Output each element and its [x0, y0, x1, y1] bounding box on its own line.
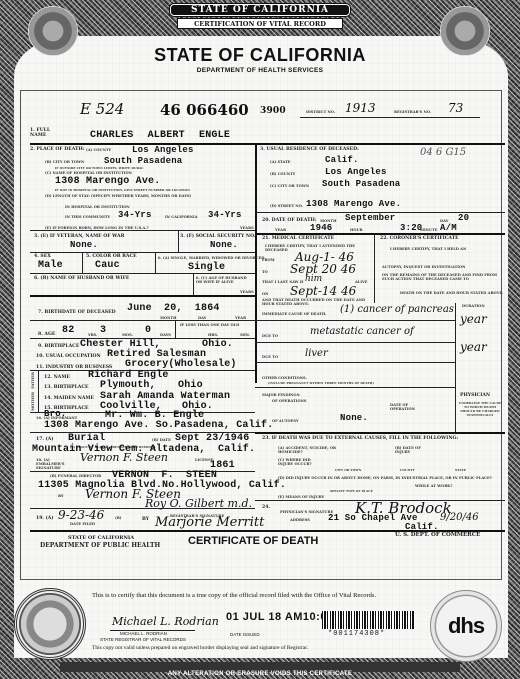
immediate-cause-value: (1) cancer of pancreas: [340, 305, 455, 315]
state-registrar-title: STATE REGISTRAR OF VITAL RECORDS: [100, 637, 186, 642]
age-years-label: YRS.: [88, 333, 97, 337]
autopsy-value: None.: [340, 413, 368, 423]
age-hrs-label: HRS.: [208, 333, 218, 337]
pod-community-value: 34-Yrs: [118, 210, 152, 220]
form-title: CERTIFICATE OF DEATH: [188, 535, 318, 547]
funeral-director-label: (B) FUNERAL DIRECTOR: [50, 474, 101, 478]
dod-day-value: 20: [458, 213, 469, 223]
page-title: STATE OF CALIFORNIA: [0, 45, 520, 66]
embalmer-signature: Vernon F. Steen: [80, 451, 168, 464]
dod-year-value: 1946: [310, 223, 332, 233]
medical-to-value: Sept 20 46: [290, 262, 356, 276]
filed-date-label: DATE FILED: [70, 522, 95, 526]
external-work-label: WHILE AT WORK?: [415, 484, 453, 488]
duration-label: DURATION: [462, 304, 485, 308]
dhs-seal: dhs: [430, 590, 502, 662]
filed-by-signature: Marjorie Merritt: [155, 515, 264, 530]
registrar-signature: Roy O. Gilbert m.d.: [145, 497, 252, 510]
pod-city-label: (B) CITY OR TOWN: [45, 160, 84, 164]
coroner-text3: ON THE REMAINS OF THE DECEASED AND FIND …: [382, 273, 502, 281]
other-conditions-label: OTHER CONDITIONS.: [262, 376, 307, 380]
alteration-warning: ANY ALTERATION OR ERASURE VOIDS THIS CER…: [168, 671, 352, 677]
pod-community-label: IN THIS COMMUNITY: [65, 215, 110, 219]
birthplace-state: Ohio.: [202, 339, 233, 350]
marital-label: 6. (A) SINGLE, MARRIED, WIDOWED OR DIVOR…: [158, 256, 264, 260]
pod-county-value: Los Angeles: [132, 145, 194, 155]
age-days-value: 0: [145, 325, 151, 336]
external-b-label: (B) DATE OF INJURY: [395, 446, 435, 454]
certification-statement: This is to certify that this document is…: [92, 592, 412, 600]
physician-box-label: PHYSICIAN: [460, 393, 490, 398]
form-dept-line2: DEPARTMENT OF PUBLIC HEALTH: [40, 542, 160, 549]
external-d-label: (D) DID INJURY OCCUR IN OR ABOUT HOME, O…: [278, 476, 500, 480]
father-name-label: 12. NAME: [44, 375, 70, 380]
due-to-value-1: metastatic cancer of: [310, 326, 414, 337]
registrar-number: 73: [448, 101, 463, 115]
state-registrar-name: MICHAEL L. RODRIAN: [120, 631, 167, 636]
res-street-label: (D) STREET NO.: [270, 204, 303, 208]
date-issued-label: DATE ISSUED: [230, 632, 260, 637]
father-birthplace-value: Plymouth,: [100, 380, 156, 391]
dod-minute-value: A/M: [440, 223, 457, 233]
external-c-state: STATE: [455, 468, 466, 472]
full-name-label: 1. FULL NAME: [30, 128, 58, 138]
banner-title: STATE OF CALIFORNIA: [170, 4, 350, 16]
spouse-name-label: 6. (B) NAME OF HUSBAND OR WIFE: [34, 276, 129, 281]
banner-subtitle: CERTIFICATION OF VITAL RECORD: [177, 18, 343, 29]
res-state-value: Calif.: [325, 155, 359, 165]
filed-by-label: BY: [142, 517, 149, 522]
coroner-label: 22. CORONER'S CERTIFICATE: [380, 236, 459, 241]
medical-on-label: ON: [262, 292, 268, 296]
autopsy-label: OF AUTOPSY: [272, 419, 299, 423]
physician-sig-label: PHYSICIAN'S SIGNATURE: [280, 510, 333, 514]
medical-last-saw-value: him: [305, 274, 322, 284]
res-street-value: 1308 Marengo Ave.: [306, 199, 401, 209]
external-a-label: (A) ACCIDENT, SUICIDE, OR HOMICIDE?: [278, 446, 338, 454]
handwritten-prefix: E 524: [80, 100, 124, 118]
residence-label: 3. USUAL RESIDENCE OF DECEASED:: [260, 147, 359, 152]
coroner-text4: DEATH ON THE DATE AND HOUR STATED ABOVE.: [400, 291, 503, 295]
dod-minute-label: MINUTE: [420, 228, 438, 232]
dod-hour-label: HOUR: [350, 228, 363, 232]
marital-value: Single: [188, 262, 225, 273]
res-county-label: (B) COUNTY: [270, 172, 295, 176]
disposition-value: Burial: [68, 433, 105, 444]
major-findings-label: MAJOR FINDINGS:: [262, 393, 300, 397]
pod-city-note: IF OUTSIDE CITY OR TOWN LIMITS, WRITE RU…: [55, 166, 143, 170]
physician-box-note: UNDERLINE THE CAUSE TO WHICH DEATH SHOUL…: [458, 401, 502, 417]
pod-years-label: YEARS: [240, 226, 254, 230]
validity-note: This copy not valid unless prepared on e…: [92, 645, 308, 651]
physician-date: 9/20/46: [440, 512, 479, 523]
res-city-label: (C) CITY OR TOWN: [270, 184, 309, 188]
filed-date-value: 9-23-46: [58, 508, 104, 522]
mother-maiden-label: 14. MAIDEN NAME: [44, 396, 94, 401]
pod-city-value: South Pasadena: [104, 156, 182, 166]
age-min-label: MIN.: [240, 333, 250, 337]
registrar-label: REGISTRAR'S NO.: [394, 110, 431, 114]
pod-hospital-label: (C) NAME OF HOSPITAL OR INSTITUTION: [45, 171, 132, 175]
medical-cert-label: 21. MEDICAL CERTIFICATE: [262, 236, 334, 241]
medical-alive-label: ALIVE: [355, 280, 368, 284]
industry-value: Grocery(Wholesale): [125, 359, 237, 370]
dod-year-label: YEAR: [275, 228, 286, 232]
external-d-sub: SPECIFY TYPE OF PLACE: [330, 489, 373, 493]
medical-on-value: Sept-14 46: [290, 284, 356, 298]
medical-to-label: TO: [262, 270, 268, 274]
barcode: [322, 611, 414, 629]
funeral-by-label: BY: [58, 494, 64, 498]
medical-from-label: FROM: [262, 258, 275, 262]
race-label: 5. COLOR OR RACE: [86, 254, 137, 259]
ssn-label: 3. (F) SOCIAL SECURITY NO.: [180, 234, 255, 239]
cemetery-state: Calif.: [218, 444, 255, 455]
immediate-cause-label: IMMEDIATE CAUSE OF DEATH.: [262, 312, 327, 316]
age-less-than-day-label: IF LESS THAN ONE DAY OLD: [180, 323, 239, 327]
occupation-label: 10. USUAL OCCUPATION: [36, 354, 101, 359]
informant-address: 1308 Marengo Ave. So.Pasadena, Calif.: [44, 420, 273, 431]
race-value: Cauc: [95, 260, 120, 271]
due-to-label-1: DUE TO: [262, 334, 278, 338]
filed-b-label: (B): [115, 516, 121, 520]
veteran-value: None.: [70, 240, 98, 250]
form-dept-line1: STATE OF CALIFORNIA: [68, 535, 134, 541]
physician-address-label: ADDRESS: [290, 518, 310, 522]
dhs-logo: dhs: [448, 613, 484, 638]
mother-group-label: MOTHER: [31, 392, 35, 411]
ssn-value: None.: [210, 240, 238, 250]
birthdate-label: 7. BIRTHDATE OF DECEASED: [38, 310, 116, 315]
disposition-date-value: Sept 23/1946: [175, 433, 249, 444]
pod-california-label: IN CALIFORNIA: [165, 215, 198, 219]
age-days-label: DAYS: [160, 333, 171, 337]
warning-strip: ANY ALTERATION OR ERASURE VOIDS THIS CER…: [60, 662, 460, 672]
birthdate-value: June 20, 1864: [127, 303, 220, 314]
state-file-number: 46 066460: [160, 101, 249, 119]
res-city-value: South Pasadena: [322, 179, 400, 189]
margin-note: 04 6 G15: [420, 147, 466, 158]
pod-hospital-note: IF NOT IN HOSPITAL OR INSTITUTION, GIVE …: [55, 188, 190, 192]
external-e-label: (E) MEANS OF INJURY: [278, 495, 324, 499]
filed-label: 19. (A): [36, 516, 54, 521]
sex-value: Male: [38, 260, 63, 271]
federal-label: U. S. DEPT. OF COMMERCE: [395, 532, 480, 538]
date-issued-value: 01 JUL 18 AM10:09: [226, 611, 334, 623]
registrar-signature-cert: Michael L. Rodrian: [112, 615, 219, 628]
coroner-text1: I HEREBY CERTIFY, THAT I HELD AN: [390, 247, 466, 251]
external-c-label: (C) WHERE DID INJURY OCCUR?: [278, 458, 323, 466]
physician-label: 24.: [262, 505, 270, 510]
informant-prefix: Bro.: [44, 409, 66, 419]
california-state-seal: [14, 588, 86, 660]
page-subtitle: DEPARTMENT OF HEALTH SERVICES: [0, 67, 520, 74]
birthdate-year-label: YEAR: [235, 316, 246, 320]
birthdate-day-label: DAY: [198, 316, 206, 320]
duration-value-1: year: [460, 312, 487, 326]
disposition-label: 17. (A): [36, 437, 54, 442]
disposition-date-label: (B) DATE: [152, 438, 171, 442]
district-label: DISTRICT NO.: [306, 110, 335, 114]
coroner-text2: AUTOPSY, INQUEST OR INVESTIGATION: [382, 265, 465, 269]
birthdate-month-label: MONTH: [160, 316, 176, 320]
external-c-city: CITY OR TOWN: [335, 468, 361, 472]
pod-county-label: (A) COUNTY: [86, 148, 111, 152]
spouse-age-unit: YEARS: [240, 290, 254, 294]
father-group-label: FATHER: [31, 372, 35, 389]
place-of-death-label: 2. PLACE OF DEATH:: [30, 147, 85, 152]
father-birthplace-state: Ohio: [178, 380, 203, 391]
veteran-label: 3. (E) IF VETERAN, NAME OF WAR: [34, 234, 124, 239]
local-number: 3900: [260, 106, 286, 116]
dod-month-value: September: [345, 213, 395, 223]
full-name-value: CHARLES ALBERT ENGLE: [90, 130, 230, 141]
operations-label: OF OPERATIONS: [272, 399, 306, 403]
external-c-county: COUNTY: [400, 468, 415, 472]
birthplace-label: 9. BIRTHPLACE: [38, 344, 79, 349]
age-label: 8. AGE: [38, 332, 55, 337]
spouse-age-label: 6. (C) AGE OF HUSBAND OR WIFE IF ALIVE: [196, 276, 254, 284]
duration-value-2: year: [460, 340, 487, 354]
age-months-label: MOS.: [122, 333, 133, 337]
sex-label: 4. SEX: [34, 254, 51, 259]
district-number: 1913: [345, 101, 376, 115]
pod-california-value: 34-Yrs: [208, 210, 242, 220]
res-county-value: Los Angeles: [325, 167, 387, 177]
pod-hospital-value: 1308 Marengo Ave.: [55, 176, 160, 187]
external-causes-label: 23. IF DEATH WAS DUE TO EXTERNAL CAUSES,…: [262, 436, 458, 441]
due-to-value-2: liver: [305, 348, 328, 359]
other-conditions-note: (INCLUDE PREGNANCY WITHIN THREE MONTHS O…: [268, 381, 374, 385]
due-to-label-2: DUE TO: [262, 355, 278, 359]
pod-foreign-label: (E) IF FOREIGN BORN, HOW LONG IN THE U.S…: [45, 226, 149, 230]
pod-in-hospital-label: IN HOSPITAL OR INSTITUTION: [65, 205, 130, 209]
res-state-label: (A) STATE: [270, 160, 291, 164]
physician-city: Calif.: [405, 522, 439, 532]
father-birthplace-label: 13. BIRTHPLACE: [44, 385, 89, 390]
embalmer-label: 18. (A) EMBALMER'S SIGNATURE: [36, 458, 60, 470]
top-banner: STATE OF CALIFORNIA CERTIFICATION OF VIT…: [165, 4, 355, 32]
age-months-value: 3: [100, 325, 106, 336]
date-operation-label: DATE OF OPERATION: [390, 403, 430, 411]
date-of-death-label: 20. DATE OF DEATH:: [262, 218, 317, 223]
barcode-number: *001174308*: [328, 630, 385, 638]
age-years-value: 82: [62, 325, 74, 336]
pod-length-label: (D) LENGTH OF STAY: (SPECIFY WHETHER YEA…: [45, 194, 191, 198]
